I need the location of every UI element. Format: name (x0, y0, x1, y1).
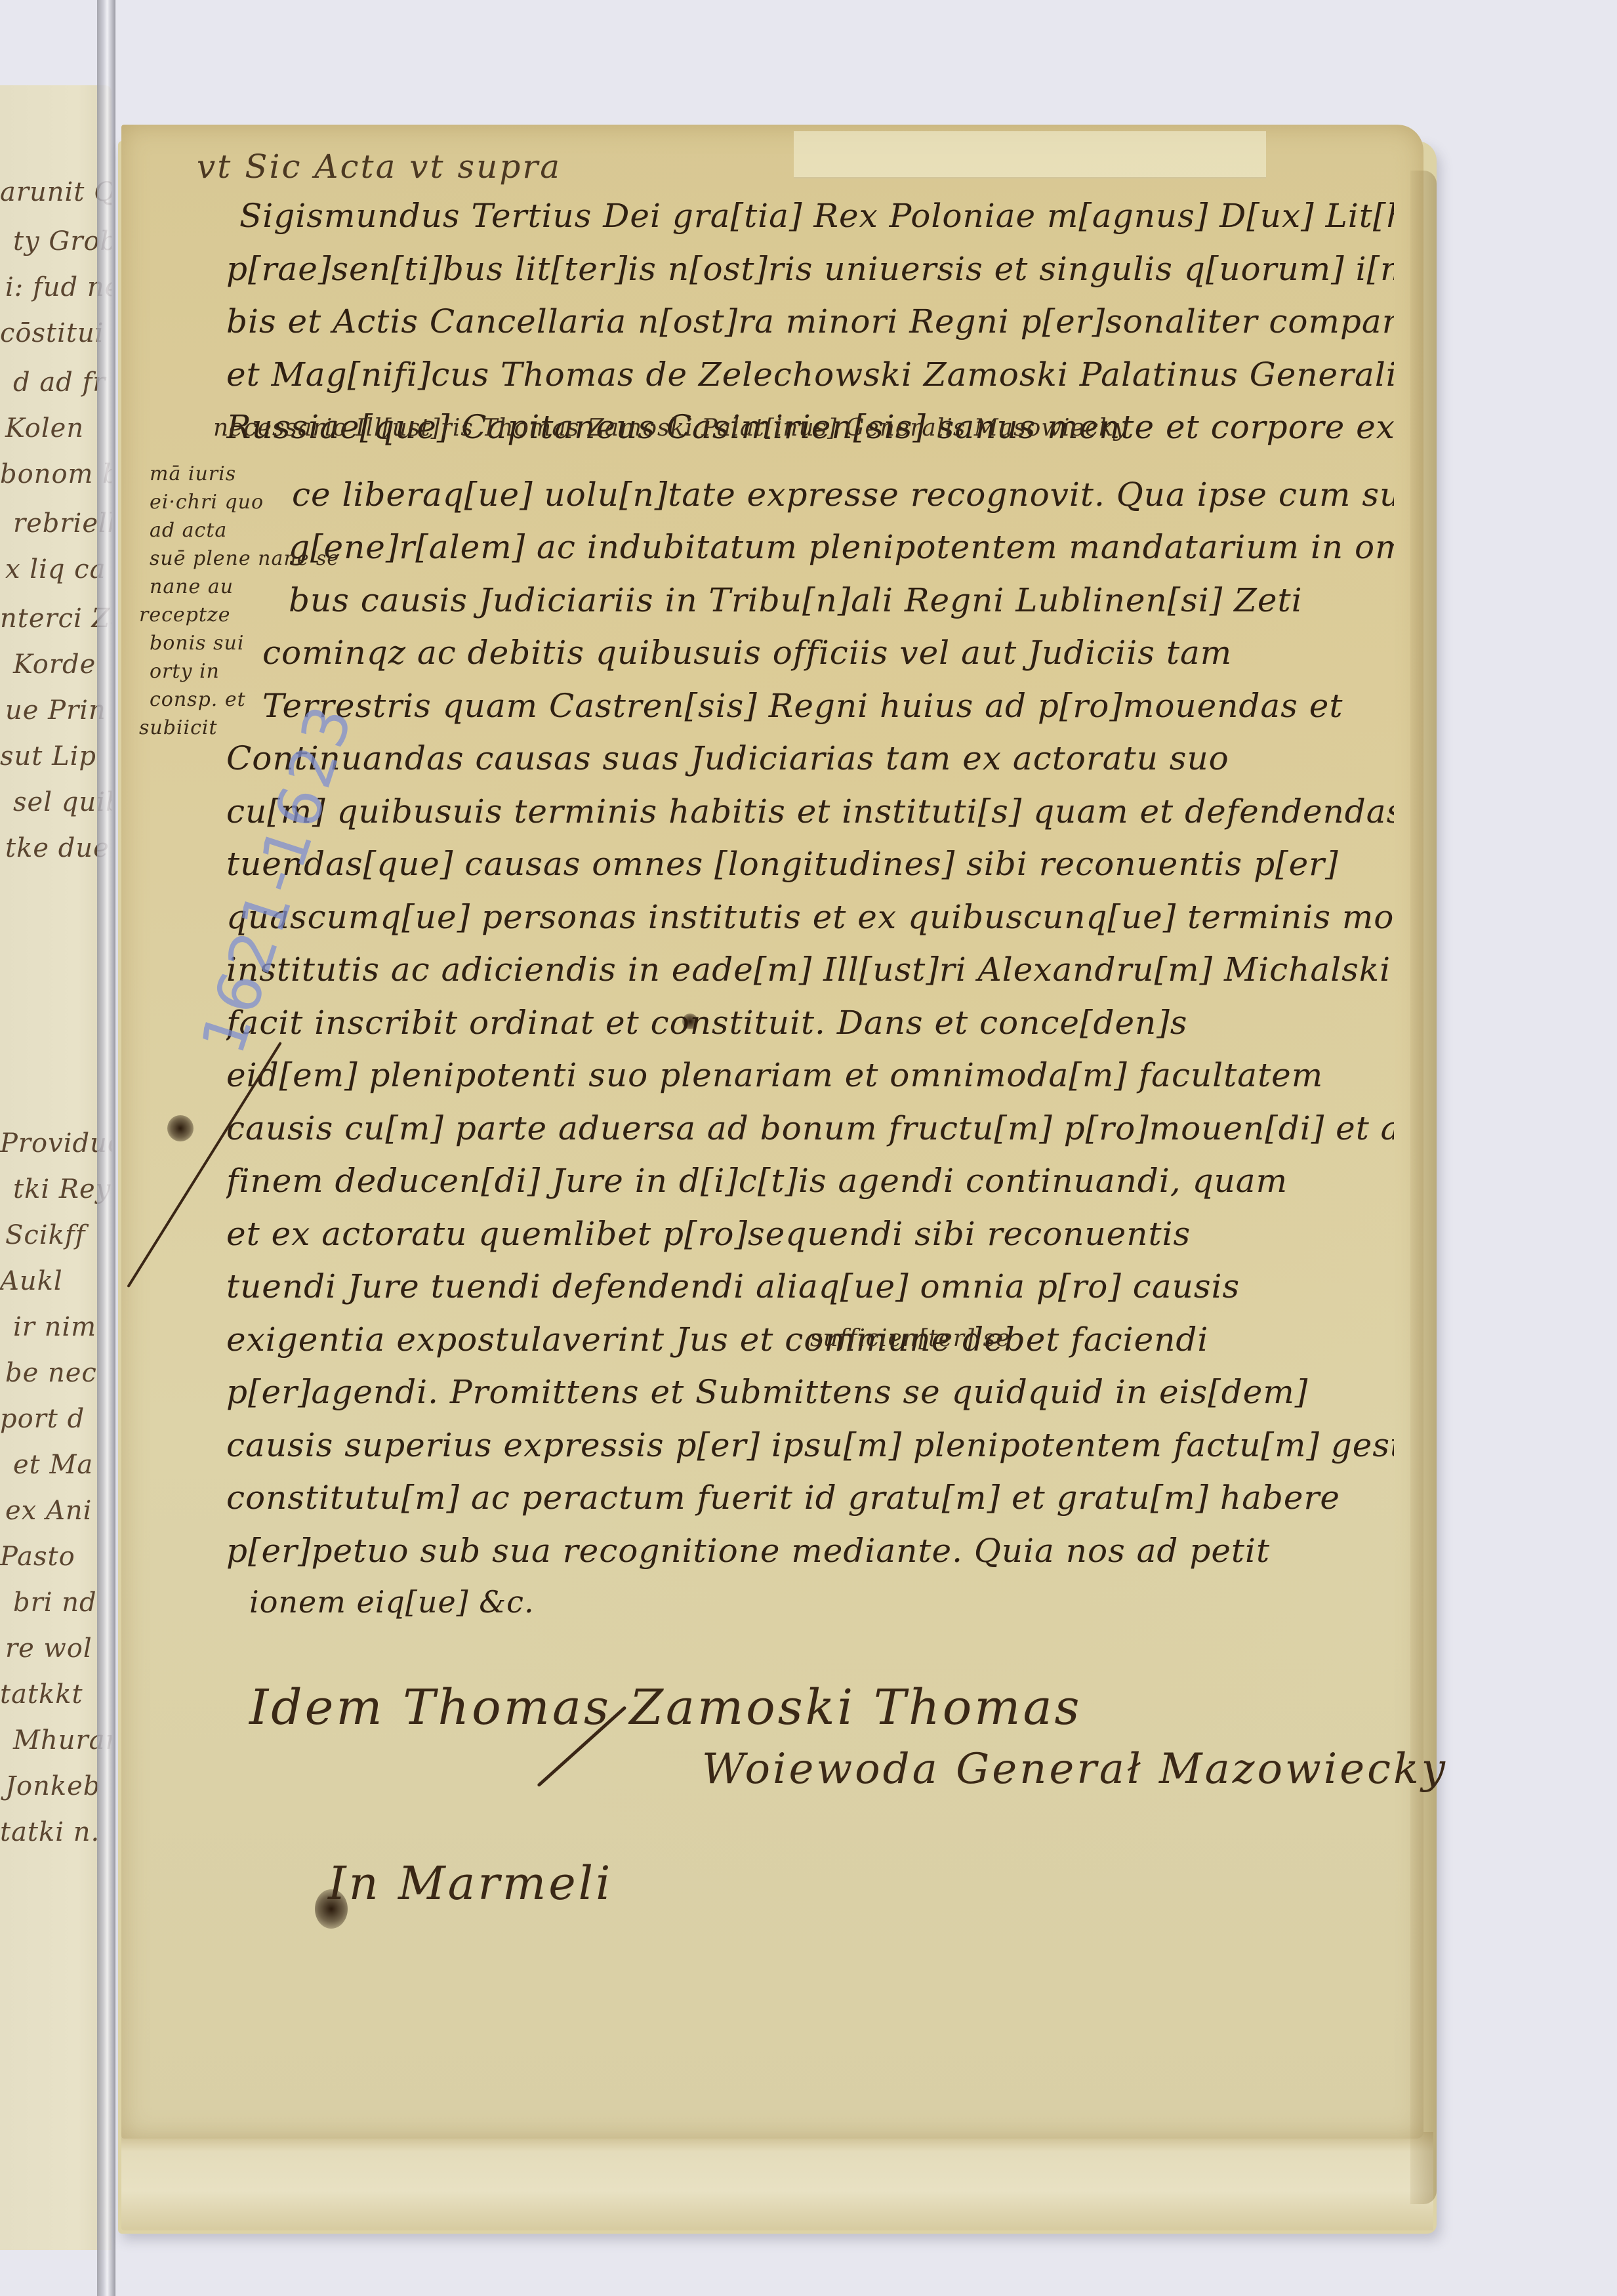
manuscript-line: institutis ac adiciendis in eade[m] Ill[… (226, 951, 1394, 989)
header-note: vt Sic Acta vt supra (197, 148, 562, 186)
manuscript-line: causis superius expressis p[er] ipsu[m] … (226, 1426, 1394, 1464)
facing-page-line: i: fud ne (5, 272, 112, 302)
facing-page-line: cōstitui (0, 318, 104, 348)
margin-note: bonis sui (150, 632, 244, 655)
manuscript-line: facit inscribit ordinat et constituit. D… (226, 1004, 1394, 1042)
margin-note: suē plene nane se (150, 547, 339, 570)
manuscript-line: constitutu[m] ac peractum fuerit id grat… (226, 1479, 1394, 1517)
manuscript-line: cominqz ac debitis quibusuis officiis ve… (262, 634, 1394, 672)
manuscript-line: ce liberaq[ue] uolu[n]tate expresse reco… (292, 476, 1394, 514)
signature-line-2: Woiewoda Generał Mazowiecky (702, 1745, 1448, 1794)
interlinear-note: sufficien[ter] se (810, 1325, 1010, 1352)
facing-page-line: ir nim (13, 1312, 96, 1342)
margin-note: subiicit (139, 716, 218, 739)
manuscript-line: bis et Actis Cancellaria n[ost]ra minori… (226, 302, 1394, 340)
manuscript-line: eid[em] plenipotenti suo plenariam et om… (226, 1056, 1394, 1094)
margin-note: receptze (139, 604, 230, 626)
manuscript-line: tuendas[que] causas omnes [longitudines]… (226, 845, 1394, 883)
signature-line-1: Idem Thomas Zamoski Thomas (249, 1679, 1082, 1736)
page-edge-shadow (1410, 171, 1437, 2204)
facing-page-line: d ad fr (13, 367, 106, 398)
underlying-sheet-bottom-edge (121, 2132, 1433, 2230)
facing-page-line: Pasto (0, 1542, 75, 1572)
manuscript-line: et Mag[nifi]cus Thomas de Zelechowski Za… (226, 356, 1394, 394)
margin-note: ei·chri quo (150, 491, 264, 514)
facing-page-line: tatki n. (0, 1817, 100, 1847)
manuscript-line: p[rae]sen[ti]bus lit[ter]is n[ost]ris un… (226, 250, 1394, 288)
manuscript-line: et ex actoratu quemlibet p[ro]sequendi s… (226, 1215, 1394, 1253)
signature-line-3: In Marmeli (328, 1856, 613, 1910)
facing-page-line: ue Prin (5, 695, 106, 726)
ink-blot (682, 1014, 698, 1029)
manuscript-line: g[ene]r[alem] ac indubitatum plenipotent… (289, 528, 1394, 566)
facing-page-line: tki Rey (13, 1174, 111, 1204)
manuscript-line: finem deducen[di] Jure in d[i]c[t]is age… (226, 1162, 1394, 1200)
manuscript-line: p[er]agendi. Promittens et Submittens se… (226, 1373, 1394, 1411)
facing-page-line: et Ma (13, 1450, 93, 1480)
facing-page-line: re wol (5, 1633, 92, 1664)
margin-note: orty in (150, 660, 220, 683)
manuscript-line: bus causis Judiciariis in Tribu[n]ali Re… (289, 581, 1394, 619)
facing-page-line: sut Lip (0, 741, 96, 771)
facing-page-line: Jonkeb (5, 1771, 100, 1801)
margin-note: consp. et (150, 688, 246, 711)
manuscript-line: Continuandas causas suas Judiciarias tam… (226, 739, 1394, 777)
manuscript-line: quascumq[ue] personas institutis et ex q… (226, 898, 1394, 936)
manuscript-line: Sigismundus Tertius Dei gra[tia] Rex Pol… (239, 197, 1394, 235)
facing-page-line: Kolen (5, 413, 84, 443)
facing-page-line: Providuo (0, 1128, 112, 1158)
facing-page-line: bonom b. (0, 459, 112, 489)
facing-page-line: arunit Qui (0, 177, 112, 207)
binding-glass-rule (97, 0, 115, 2296)
facing-page: arunit Quity Grobi: fud necōstituid ad f… (0, 85, 112, 2250)
facing-page-line: Aukl (0, 1266, 63, 1296)
manuscript-line: ionem eiq[ue] &c. (249, 1584, 1394, 1620)
manuscript-line: causis cu[m] parte aduersa ad bonum fruc… (226, 1109, 1394, 1147)
margin-note: ad acta (150, 519, 227, 542)
facing-page-line: be nec (5, 1358, 97, 1388)
facing-page-line: x liq ca (5, 554, 106, 584)
facing-page-line: bri nd (13, 1588, 97, 1618)
paper-repair-strip (794, 131, 1266, 178)
facing-page-line: Korde (13, 649, 96, 680)
margin-note: mā iuris (150, 462, 236, 485)
manuscript-line: tuendi Jure tuendi defendendi aliaq[ue] … (226, 1267, 1394, 1305)
facing-page-line: port d (0, 1404, 85, 1434)
facing-page-line: ex Ani (5, 1496, 92, 1526)
manuscript-line: Terrestris quam Castren[sis] Regni huius… (262, 687, 1394, 725)
ink-blot (167, 1115, 194, 1141)
manuscript-line: p[er]petuo sub sua recognitione mediante… (226, 1532, 1394, 1570)
margin-note: nane au (150, 575, 234, 598)
facing-page-line: tatkkt (0, 1679, 83, 1710)
facing-page-line: Scikff (5, 1220, 85, 1250)
manuscript-line: cu[m] quibusuis terminis habitis et inst… (226, 792, 1394, 830)
facing-page-line: tke due (5, 833, 110, 863)
interlinear-note: necessario Ill[ust]ris Thomas Zamoski Pa… (213, 415, 1128, 441)
facing-page-line: nterci Za (0, 604, 112, 634)
